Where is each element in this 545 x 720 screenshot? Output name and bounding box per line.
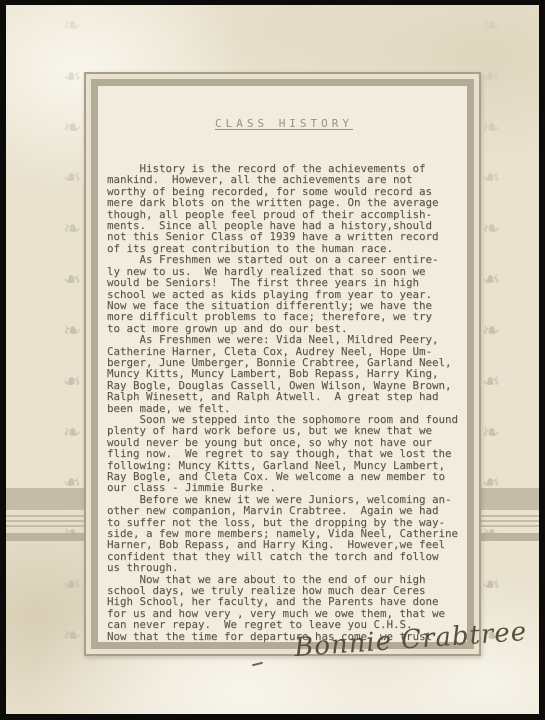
leaf-ornament-icon: ❧ [64,113,80,140]
leaf-ornament-icon: ❧ [483,367,499,394]
leaf-ornament-icon: ❧ [64,316,80,343]
leaf-ornament-icon: ❧ [64,163,80,190]
ink-mark [252,662,263,667]
body-text: History is the record of the achievement… [107,163,461,642]
leaf-ornament-icon: ❧ [64,621,80,648]
body-paragraph: Soon we stepped into the sophomore room … [107,414,461,494]
body-paragraph: As Freshmen we started out on a career e… [107,254,461,334]
leaf-ornament-icon: ❧ [483,113,499,140]
leaf-ornament-icon: ❧ [483,214,499,241]
leaf-ornament-icon: ❧ [483,62,499,89]
leaf-ornament-icon: ❧ [64,418,80,445]
leaf-ornament-icon: ❧ [64,11,80,38]
sheet-text: CLASS HISTORY History is the record of t… [98,86,467,642]
typewritten-sheet: CLASS HISTORY History is the record of t… [84,72,481,656]
album-page: ❧❧❧❧❧❧❧❧❧❧❧❧❧ ❧❧❧❧❧❧❧❧❧❧❧❧❧ CLASS HISTOR… [6,5,539,714]
leaf-ornament-icon: ❧ [483,265,499,292]
class-history-title: CLASS HISTORY [107,118,461,129]
body-paragraph: Before we knew it we were Juniors, welco… [107,494,461,574]
leaf-ornament-icon: ❧ [64,214,80,241]
scanned-photo-frame: ❧❧❧❧❧❧❧❧❧❧❧❧❧ ❧❧❧❧❧❧❧❧❧❧❧❧❧ CLASS HISTOR… [0,0,545,720]
leaf-ornament-icon: ❧ [64,570,80,597]
body-paragraph: History is the record of the achievement… [107,163,461,254]
leaf-ornament-icon: ❧ [483,163,499,190]
sheet-frame: CLASS HISTORY History is the record of t… [91,79,474,649]
leaf-ornament-icon: ❧ [64,265,80,292]
leaf-ornament-icon: ❧ [64,367,80,394]
body-paragraph: As Freshmen we were: Vida Neel, Mildred … [107,334,461,414]
leaf-ornament-icon: ❧ [483,11,499,38]
leaf-ornament-icon: ❧ [483,418,499,445]
leaf-ornament-icon: ❧ [483,316,499,343]
leaf-ornament-icon: ❧ [64,62,80,89]
leaf-ornament-icon: ❧ [483,570,499,597]
